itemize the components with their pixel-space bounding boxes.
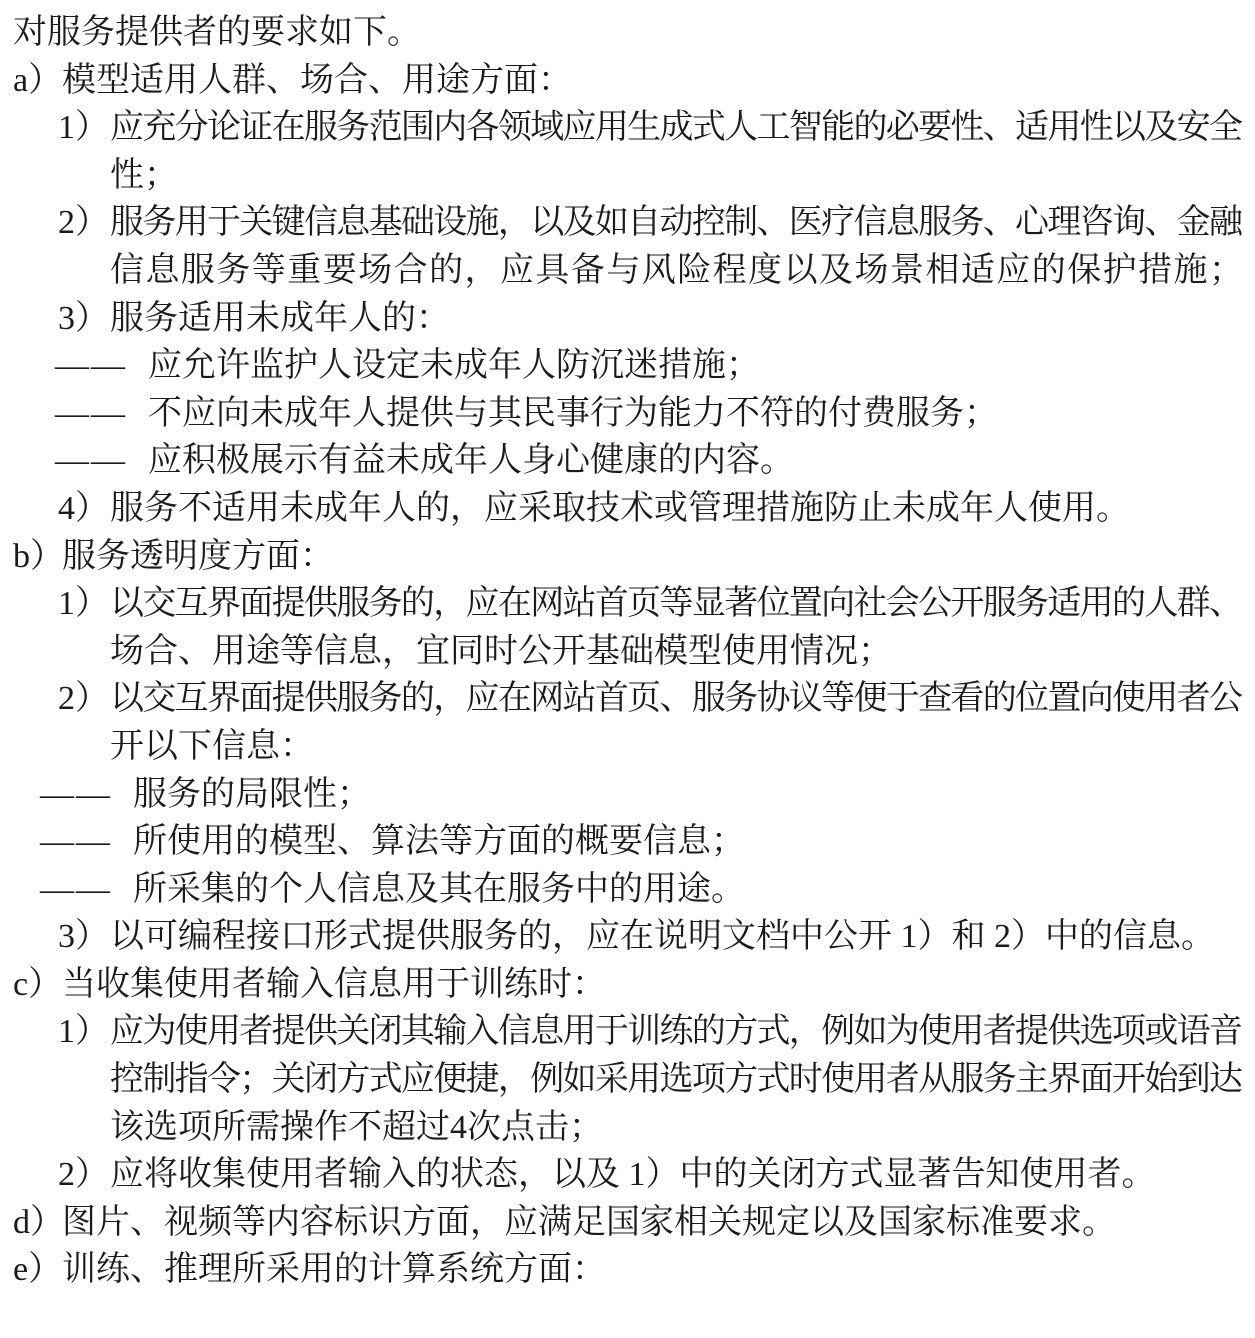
line-text: 以交互界面提供服务的，应在网站首页等显著位置向社会公开服务适用的人群、	[110, 580, 1241, 628]
line-text: 控制指令；关闭方式应便捷，例如采用选项方式时使用者从服务主界面开始到达	[110, 1056, 1241, 1104]
line-text: 服务不适用未成年人的，应采取技术或管理措施防止未成年人使用。	[110, 485, 1130, 533]
document-line: 1）以交互界面提供服务的，应在网站首页等显著位置向社会公开服务适用的人群、	[110, 580, 1255, 628]
dash-marker: ——	[40, 818, 112, 866]
document-line: 开以下信息：	[110, 723, 1255, 771]
dash-marker: ——	[55, 437, 127, 485]
document-body: 对服务提供者的要求如下。a）模型适用人群、场合、用途方面：1）应充分论证在服务范…	[0, 0, 1255, 1294]
document-line: 3）服务适用未成年人的：	[110, 295, 1255, 343]
document-line: ——应积极展示有益未成年人身心健康的内容。	[148, 437, 1255, 485]
dash-marker: ——	[40, 866, 112, 914]
document-line: 场合、用途等信息，宜同时公开基础模型使用情况；	[110, 628, 1255, 676]
document-line: a）模型适用人群、场合、用途方面：	[62, 57, 1255, 105]
item-marker: 2）	[58, 199, 109, 247]
line-text: 图片、视频等内容标识方面，应满足国家相关规定以及国家标准要求。	[62, 1199, 1116, 1247]
line-text: 信息服务等重要场合的，应具备与风险程度以及场景相适应的保护措施；	[110, 247, 1244, 295]
line-text: 应将收集使用者输入的状态，以及 1）中的关闭方式显著告知使用者。	[110, 1151, 1156, 1199]
document-line: 3）以可编程接口形式提供服务的，应在说明文档中公开 1）和 2）中的信息。	[110, 913, 1255, 961]
line-text: 服务适用未成年人的：	[110, 295, 450, 343]
line-text: 当收集使用者输入信息用于训练时：	[62, 961, 606, 1009]
document-line: 信息服务等重要场合的，应具备与风险程度以及场景相适应的保护措施；	[110, 247, 1255, 295]
line-text: 应允许监护人设定未成年人防沉迷措施；	[148, 342, 760, 390]
document-page: 对服务提供者的要求如下。a）模型适用人群、场合、用途方面：1）应充分论证在服务范…	[0, 0, 1255, 1338]
line-text: 性；	[110, 152, 178, 200]
line-text: 场合、用途等信息，宜同时公开基础模型使用情况；	[110, 628, 892, 676]
item-marker: c）	[13, 961, 62, 1009]
document-line: ——应允许监护人设定未成年人防沉迷措施；	[148, 342, 1255, 390]
document-line: e）训练、推理所采用的计算系统方面：	[62, 1246, 1255, 1294]
item-marker: 4）	[58, 485, 109, 533]
line-text: 服务的局限性；	[133, 771, 371, 819]
item-marker: 2）	[58, 675, 109, 723]
dash-marker: ——	[40, 771, 112, 819]
document-line: ——服务的局限性；	[133, 771, 1255, 819]
line-text: 开以下信息：	[110, 723, 314, 771]
document-line: 性；	[110, 152, 1255, 200]
line-text: 以可编程接口形式提供服务的，应在说明文档中公开 1）和 2）中的信息。	[110, 913, 1215, 961]
document-line: ——所采集的个人信息及其在服务中的用途。	[133, 866, 1255, 914]
item-marker: 2）	[58, 1151, 109, 1199]
line-text: 所使用的模型、算法等方面的概要信息；	[133, 818, 745, 866]
item-marker: 3）	[58, 295, 109, 343]
line-text: 所采集的个人信息及其在服务中的用途。	[133, 866, 745, 914]
line-text: 应充分论证在服务范围内各领域应用生成式人工智能的必要性、适用性以及安全	[110, 104, 1241, 152]
document-line: 控制指令；关闭方式应便捷，例如采用选项方式时使用者从服务主界面开始到达	[110, 1056, 1255, 1104]
document-line: 2）以交互界面提供服务的，应在网站首页、服务协议等便于查看的位置向使用者公	[110, 675, 1255, 723]
item-marker: b）	[13, 533, 64, 581]
document-line: 4）服务不适用未成年人的，应采取技术或管理措施防止未成年人使用。	[110, 485, 1255, 533]
line-text: 训练、推理所采用的计算系统方面：	[62, 1246, 606, 1294]
document-line: 对服务提供者的要求如下。	[13, 9, 1255, 57]
document-line: c）当收集使用者输入信息用于训练时：	[62, 961, 1255, 1009]
line-text: 对服务提供者的要求如下。	[13, 9, 421, 57]
document-line: b）服务透明度方面：	[62, 533, 1255, 581]
document-line: d）图片、视频等内容标识方面，应满足国家相关规定以及国家标准要求。	[62, 1199, 1255, 1247]
line-text: 模型适用人群、场合、用途方面：	[62, 57, 572, 105]
line-text: 应积极展示有益未成年人身心健康的内容。	[148, 437, 794, 485]
item-marker: 1）	[58, 104, 109, 152]
item-marker: a）	[13, 57, 62, 105]
item-marker: e）	[13, 1246, 62, 1294]
line-text: 不应向未成年人提供与其民事行为能力不符的付费服务；	[148, 390, 998, 438]
item-marker: d）	[13, 1199, 64, 1247]
line-text: 以交互界面提供服务的，应在网站首页、服务协议等便于查看的位置向使用者公	[110, 675, 1241, 723]
document-line: ——所使用的模型、算法等方面的概要信息；	[133, 818, 1255, 866]
item-marker: 1）	[58, 580, 109, 628]
document-line: 2）服务用于关键信息基础设施，以及如自动控制、医疗信息服务、心理咨询、金融	[110, 199, 1255, 247]
document-line: 1）应为使用者提供关闭其输入信息用于训练的方式，例如为使用者提供选项或语音	[110, 1008, 1255, 1056]
line-text: 应为使用者提供关闭其输入信息用于训练的方式，例如为使用者提供选项或语音	[110, 1008, 1241, 1056]
item-marker: 3）	[58, 913, 109, 961]
line-text: 服务用于关键信息基础设施，以及如自动控制、医疗信息服务、心理咨询、金融	[110, 199, 1241, 247]
line-text: 该选项所需操作不超过4次点击；	[110, 1104, 603, 1152]
document-line: ——不应向未成年人提供与其民事行为能力不符的付费服务；	[148, 390, 1255, 438]
document-line: 1）应充分论证在服务范围内各领域应用生成式人工智能的必要性、适用性以及安全	[110, 104, 1255, 152]
document-line: 2）应将收集使用者输入的状态，以及 1）中的关闭方式显著告知使用者。	[110, 1151, 1255, 1199]
dash-marker: ——	[55, 342, 127, 390]
item-marker: 1）	[58, 1008, 109, 1056]
line-text: 服务透明度方面：	[62, 533, 334, 581]
dash-marker: ——	[55, 390, 127, 438]
document-line: 该选项所需操作不超过4次点击；	[110, 1104, 1255, 1152]
